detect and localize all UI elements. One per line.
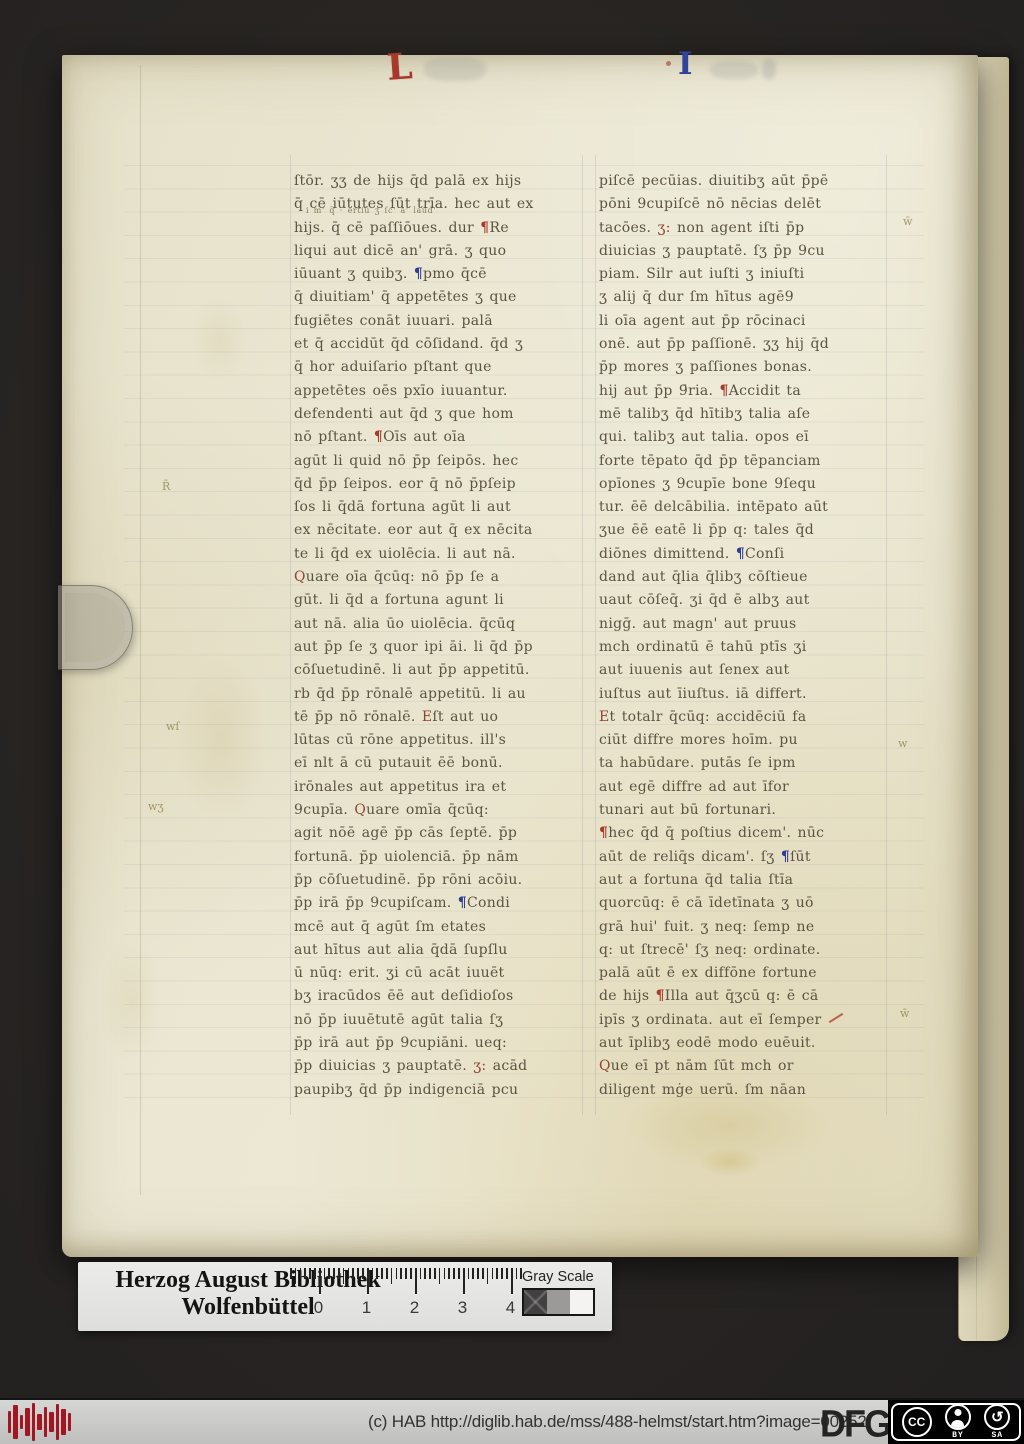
margin-note: w: [898, 737, 907, 750]
manuscript-text-line: agūt li quid nō p̄p ſeipōs. hec: [294, 450, 590, 473]
manuscript-text-line: ex nēcitate. eor aut q̄ ex nēcita: [294, 519, 590, 542]
manuscript-text-line: q̄d p̄p ſeipos. eor q̄ nō p̄pſeip: [294, 473, 590, 496]
copyright-url-text: (c) HAB http://diglib.hab.de/mss/488-hel…: [368, 1412, 867, 1432]
manuscript-text-line: Quare oīa q̄cūq: nō p̄p ſe a: [294, 566, 590, 589]
by-label: BY: [952, 1431, 964, 1440]
manuscript-text-line: fortunā. p̄p uiolenciā. p̄p nām: [294, 846, 590, 869]
faded-header-text: [710, 61, 758, 79]
manuscript-text-line: 9cupīa. Quare omīa q̄cūq:: [294, 799, 590, 822]
manuscript-text-line: lūtas cū rōne appetitus. ill's: [294, 729, 590, 752]
cc-license-badge: CC BY ↺ SA: [888, 1400, 1024, 1444]
gray-swatch-dark: [524, 1290, 547, 1314]
gray-swatch-mid: [547, 1290, 570, 1314]
license-by: BY: [945, 1404, 971, 1440]
manuscript-text-line: aut p̄p ſe ʒ quor ipi āi. li q̄d p̄p: [294, 636, 590, 659]
cm-ruler: 01234: [290, 1268, 535, 1324]
gray-scale-swatches: [522, 1288, 595, 1316]
manuscript-text-line: diuicias ʒ pauptatē. ſʒ p̄p 9cu: [599, 240, 895, 263]
manuscript-text-line: ū nūq: erit. ʒi cū acāt iuuēt: [294, 962, 590, 985]
running-header-initial-red: L: [386, 45, 414, 89]
manuscript-text-line: aut īplibʒ eodē modo euēuit.: [599, 1032, 895, 1055]
manuscript-text-line: aut a fortuna q̄d talia ſtīa: [599, 869, 895, 892]
manuscript-text-line: diōnes dimittend. ¶Conſi: [599, 543, 895, 566]
manuscript-text-line: et q̄ accidūt q̄d cōſidand. q̄d ʒ: [294, 333, 590, 356]
margin-rule: [140, 65, 141, 1195]
sa-arrow-icon: ↺: [984, 1404, 1010, 1430]
manuscript-text-line: mē talibʒ q̄d hītibʒ talia aſe: [599, 403, 895, 426]
manuscript-text-line: irōnales aut appetitus ira et: [294, 776, 590, 799]
margin-note: R̄: [162, 480, 170, 493]
person-head: [954, 1409, 961, 1416]
manuscript-text-line: appetētes oēs pxīo iuuantur.: [294, 380, 590, 403]
manuscript-text-line: paupibʒ q̄d p̄p indigenciā pcu: [294, 1079, 590, 1102]
manuscript-text-line: opīones ʒ 9cupīe bone 9ſequ: [599, 473, 895, 496]
manuscript-text-line: tur. ēē delcābilia. intēpato aūt: [599, 496, 895, 519]
manuscript-text-line: hij aut p̄p 9̄ria. ¶Accidit ta: [599, 380, 895, 403]
manuscript-text-line: liqui aut dicē an' grā. ʒ quo: [294, 240, 590, 263]
margin-note: w̄: [900, 1007, 909, 1020]
manuscript-text-line: piam. Silr aut iuſti ʒ iniuſti: [599, 263, 895, 286]
parchment-stain: [98, 935, 164, 1065]
parchment-stain: [190, 295, 250, 385]
parchment-stain: [698, 1147, 762, 1177]
manuscript-text-line: de hijs ¶Illa aut q̄ʒcū q: ē cā: [599, 985, 895, 1008]
faded-header-text: [424, 57, 486, 81]
manuscript-text-line: ʒue ēē eatē li p̄p q: tales q̄d: [599, 519, 895, 542]
manuscript-text-line: ſos li q̄dā fortuna agūt li aut: [294, 496, 590, 519]
manuscript-text-line: Que eī pt nām ſūt mch or: [599, 1055, 895, 1078]
manuscript-text-line: iūuant ʒ quibʒ. ¶pmo q̄cē: [294, 263, 590, 286]
footer-bar: (c) HAB http://diglib.hab.de/mss/488-hel…: [0, 1398, 1024, 1444]
manuscript-text-line: ſtōr. ʒʒ de hijs q̄d palā ex hijs: [294, 170, 590, 193]
manuscript-text-line: aut hītus aut alia q̄dā ſupſlu: [294, 939, 590, 962]
manuscript-text-line: dand aut q̄lia q̄libʒ cōſtieue: [599, 566, 895, 589]
column-rule: [290, 155, 291, 1115]
manuscript-text-line: ciūt diffre mores hoīm. pu: [599, 729, 895, 752]
manuscript-text-line: grā hui' fuit. ʒ neq: ſemp ne: [599, 916, 895, 939]
manuscript-text-line: pōni 9cupiſcē nō nēcias delēt: [599, 193, 895, 216]
manuscript-text-line: palā aūt ē ex diffōne fortune: [599, 962, 895, 985]
manuscript-text-line: ta habūdare. putās ſe ipm: [599, 752, 895, 775]
margin-note: w̄: [903, 215, 912, 228]
manuscript-text-line: ʒ alij q̄ dur ſm hītus agē9: [599, 286, 895, 309]
column-rule: [595, 155, 596, 1115]
manuscript-text-line: iuſtus aut īiuſtus. iā differt.: [599, 683, 895, 706]
red-ink-dot: [666, 61, 671, 66]
manuscript-page: L I i m' q̄ · ertiū ʒ ſc' a' laud' ſtōr.…: [62, 55, 978, 1257]
manuscript-text-line: tē p̄p nō rōnalē. Eſt aut uo: [294, 706, 590, 729]
manuscript-text-line: nō pſtant. ¶Oīs aut oīa: [294, 426, 590, 449]
manuscript-text-line: hijs. q̄ cē paſſiōues. dur ¶Re: [294, 217, 590, 240]
manuscript-text-line: aut iuuenis aut ſenex aut: [599, 659, 895, 682]
manuscript-text-line: p̄p mores ʒ paſſiones bonas.: [599, 356, 895, 379]
scale-reference-card: Herzog August Bibliothek Wolfenbüttel 01…: [78, 1262, 612, 1331]
manuscript-text-line: ¶hec q̄d q̄ poſtius dicem'. nūc: [599, 822, 895, 845]
manuscript-text-line: eī nlt ā cū putauit ēē bonū.: [294, 752, 590, 775]
faded-header-text: [762, 59, 776, 79]
manuscript-text-line: mcē aut q̄ agūt ſm etates: [294, 916, 590, 939]
interlinear-gloss: i m' q̄ · ertiū ʒ ſc' a' laud': [306, 206, 436, 215]
manuscript-text-line: piſcē pecūias. diuitibʒ aūt p̄pē: [599, 170, 895, 193]
manuscript-text-line: qui. talibʒ aut talia. opos eī: [599, 426, 895, 449]
manuscript-text-line: aut egē diffre ad aut īfor: [599, 776, 895, 799]
cc-license-inner: CC BY ↺ SA: [891, 1403, 1021, 1441]
parchment-stain: [174, 655, 269, 825]
manuscript-text-line: aut nā. alia ūo uiolēcia. q̄cūq: [294, 613, 590, 636]
manuscript-text-line: q: ut ſtrecē' ſʒ neq: ordinate.: [599, 939, 895, 962]
manuscript-text-line: quorcūq: ē cā īdetīnata ʒ uō: [599, 892, 895, 915]
license-sa: ↺ SA: [984, 1404, 1010, 1440]
manuscript-text-line: p̄p irā aut p̄p 9cupiāni. ueq:: [294, 1032, 590, 1055]
manuscript-text-line: tacōes. ʒ: non agent iſti p̄p: [599, 217, 895, 240]
text-column-left: i m' q̄ · ertiū ʒ ſc' a' laud' ſtōr. ʒʒ …: [294, 170, 590, 1102]
manuscript-text-line: agit nōē agē p̄p cās ſeptē. p̄p: [294, 822, 590, 845]
manuscript-text-line: p̄p irā p̄p 9cupiſcam. ¶Condi: [294, 892, 590, 915]
manuscript-text-line: p̄p diuicias ʒ pauptatē. ʒ: acād: [294, 1055, 590, 1078]
cc-icon: CC: [902, 1407, 932, 1437]
manuscript-text-line: uaut cōſeq̄. ʒi q̄d ē albʒ aut: [599, 589, 895, 612]
manuscript-text-line: q̄ diuitiam' q̄ appetētes ʒ que: [294, 286, 590, 309]
dfg-logo: DFG: [820, 1402, 890, 1444]
sa-label: SA: [992, 1431, 1004, 1440]
manuscript-text-line: ipīs ʒ ordinata. aut eī ſemper: [599, 1009, 895, 1032]
manuscript-text-line: bʒ iracūdos ēē aut deſidioſos: [294, 985, 590, 1008]
manuscript-text-line: gūt. li q̄d a fortuna agunt li: [294, 589, 590, 612]
manuscript-text-line: aūt de reliq̄s dicam'. ſʒ ¶ſūt: [599, 846, 895, 869]
manuscript-text-line: nigḡ. aut magn' aut pruus: [599, 613, 895, 636]
gray-swatch-light: [570, 1290, 593, 1314]
manuscript-text-line: li oīa agent aut p̄p rōcinaci: [599, 310, 895, 333]
ruler-numbers: 01234: [290, 1298, 535, 1320]
gray-scale-label: Gray Scale: [522, 1269, 600, 1285]
manuscript-text-line: fugiētes conāt iuuari. palā: [294, 310, 590, 333]
manuscript-text-line: diligent mġe uerū. ſm nāan: [599, 1079, 895, 1102]
manuscript-text-line: cōſuetudinē. li aut p̄p appetitū.: [294, 659, 590, 682]
hab-barcode-logo: [8, 1400, 71, 1444]
manuscript-text-line: defendenti aut q̄d ʒ que hom: [294, 403, 590, 426]
manuscript-text-line: nō p̄p iuuētutē agūt talia ſʒ: [294, 1009, 590, 1032]
by-person-icon: [945, 1404, 971, 1430]
manuscript-text-line: Et totalr q̄cūq: accidēciū fa: [599, 706, 895, 729]
digitized-manuscript-photo: L I i m' q̄ · ertiū ʒ ſc' a' laud' ſtōr.…: [0, 0, 1024, 1444]
gray-scale-patch: Gray Scale: [522, 1269, 600, 1316]
manuscript-text-line: onē. aut p̄p paſſionē. ʒʒ hij q̄d: [599, 333, 895, 356]
running-header-initial-blue: I: [678, 46, 693, 82]
margin-note: wſ: [166, 720, 180, 733]
margin-note: wʒ: [148, 800, 164, 813]
manuscript-text-line: tunari aut bū fortunari.: [599, 799, 895, 822]
manuscript-text-line: mch ordinatū ē tahū ptīs ʒi: [599, 636, 895, 659]
manuscript-text-line: q̄ hor aduiſario pſtant que: [294, 356, 590, 379]
manuscript-text-line: rb q̄d p̄p rōnalē appetitū. li au: [294, 683, 590, 706]
manuscript-text-line: te li q̄d ex uiolēcia. li aut nā.: [294, 543, 590, 566]
manuscript-text-line: forte tēpato q̄d p̄p tēpanciam: [599, 450, 895, 473]
text-column-right: piſcē pecūias. diuitibʒ aūt p̄pēpōni 9cu…: [599, 170, 895, 1102]
manuscript-text-line: p̄p cōſuetudinē. p̄p rōni acōiu.: [294, 869, 590, 892]
person-body: [951, 1420, 964, 1428]
